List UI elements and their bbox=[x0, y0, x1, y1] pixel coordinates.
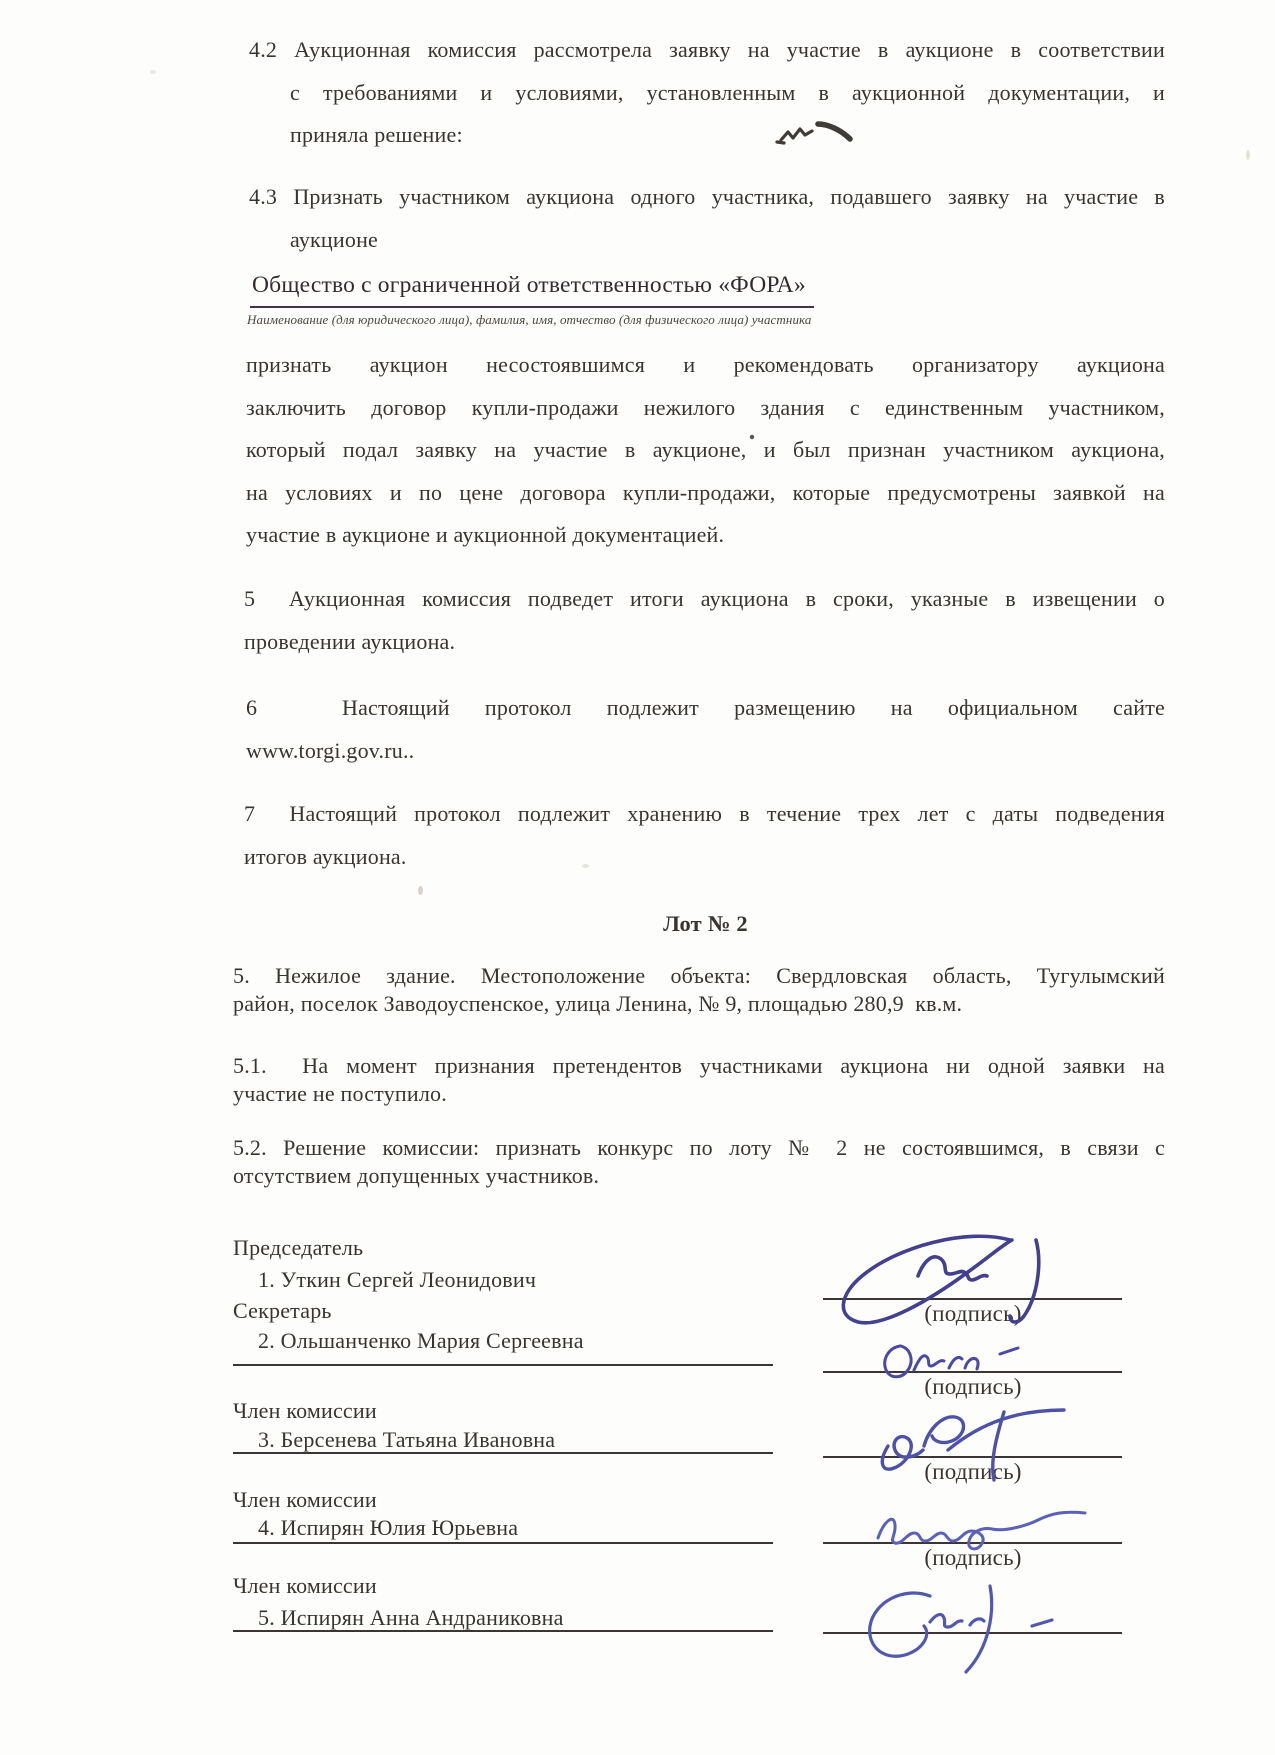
lot2-clause-51-line: 5.1. На момент признания претендентов уч… bbox=[233, 1052, 1165, 1080]
clause-43-paragraph: 4.3 Признать участником аукциона одного … bbox=[249, 176, 1165, 261]
scan-speck bbox=[582, 864, 589, 868]
reject-line: участие в аукционе и аукционной документ… bbox=[246, 514, 1165, 557]
signature-line-right bbox=[823, 1542, 1122, 1544]
signer-role: Член комиссии bbox=[233, 1573, 377, 1599]
participant-name-caption: Наименование (для юридического лица), фа… bbox=[247, 312, 812, 328]
clause-42-line: приняла решение: bbox=[290, 114, 1165, 157]
signature-line-left bbox=[233, 1364, 773, 1366]
signature-line-right bbox=[823, 1456, 1122, 1458]
signature-ispiryan-anna bbox=[870, 1586, 1052, 1672]
clause-42-paragraph: 4.2 Аукционная комиссия рассмотрела заяв… bbox=[249, 29, 1165, 157]
signer-name: 2. Ольшанченко Мария Сергеевна bbox=[258, 1328, 584, 1354]
podpis-caption: (подпись) bbox=[873, 1374, 1073, 1400]
reject-line: на условиях и по цене договора купли-про… bbox=[246, 472, 1165, 515]
clause-6-paragraph: 6 Настоящий протокол подлежит размещению… bbox=[246, 687, 1165, 772]
signer-role: Член комиссии bbox=[233, 1398, 377, 1424]
scan-speck bbox=[418, 886, 423, 895]
lot2-heading: Лот № 2 bbox=[246, 910, 1165, 938]
signature-line-right bbox=[823, 1632, 1122, 1634]
signer-role: Член комиссии bbox=[233, 1487, 377, 1513]
lot2-clause-52-paragraph: 5.2. Решение комиссии: признать конкурс … bbox=[233, 1134, 1165, 1190]
clause-6-line: Настоящий протокол подлежит размещению н… bbox=[342, 687, 1165, 730]
clause-42-line: 4.2 Аукционная комиссия рассмотрела заяв… bbox=[249, 29, 1165, 72]
lot2-clause-51-line: участие не поступило. bbox=[233, 1080, 1165, 1108]
signer-name: 5. Испирян Анна Андраниковна bbox=[258, 1605, 564, 1631]
reject-line: заключить договор купли-продажи нежилого… bbox=[246, 387, 1165, 430]
clause-5-paragraph: 5 Аукционная комиссия подведет итоги аук… bbox=[244, 578, 1165, 663]
lot2-clause-52-line: 5.2. Решение комиссии: признать конкурс … bbox=[233, 1134, 1165, 1162]
signature-line-left bbox=[233, 1542, 773, 1544]
signature-line-left bbox=[233, 1630, 773, 1632]
reject-line: признать аукцион несостоявшимся и рекоме… bbox=[246, 344, 1165, 387]
signature-line-left bbox=[233, 1452, 773, 1454]
reject-paragraph: признать аукцион несостоявшимся и рекоме… bbox=[246, 344, 1165, 557]
lot2-clause-5-paragraph: 5. Нежилое здание. Местоположение объект… bbox=[233, 962, 1165, 1018]
podpis-caption: (подпись) bbox=[873, 1459, 1073, 1485]
document-page: 4.2 Аукционная комиссия рассмотрела заяв… bbox=[0, 0, 1275, 1755]
podpis-caption: (подпись) bbox=[873, 1301, 1073, 1327]
signer-name: 1. Уткин Сергей Леонидович bbox=[258, 1267, 536, 1293]
signer-name: 4. Испирян Юлия Юрьевна bbox=[258, 1515, 518, 1541]
podpis-caption: (подпись) bbox=[873, 1545, 1073, 1571]
clause-7-line: 7 Настоящий протокол подлежит хранению в… bbox=[244, 793, 1165, 836]
scan-speck bbox=[1246, 150, 1250, 160]
reject-line: который подал заявку на участие в аукцио… bbox=[246, 429, 1165, 472]
clause-7-paragraph: 7 Настоящий протокол подлежит хранению в… bbox=[244, 793, 1165, 878]
lot2-clause-52-line: отсутствием допущенных участников. bbox=[233, 1162, 1165, 1190]
clause-5-line: проведении аукциона. bbox=[244, 621, 1165, 664]
clause-7-line: итогов аукциона. bbox=[244, 836, 1165, 879]
clause-42-line: с требованиями и условиями, установленны… bbox=[290, 72, 1165, 115]
signer-name: 3. Берсенева Татьяна Ивановна bbox=[258, 1427, 555, 1453]
clause-43-line: 4.3 Признать участником аукциона одного … bbox=[249, 176, 1165, 219]
lot2-clause-51-paragraph: 5.1. На момент признания претендентов уч… bbox=[233, 1052, 1165, 1108]
clause-5-line: 5 Аукционная комиссия подведет итоги аук… bbox=[244, 578, 1165, 621]
clause-6-line: www.torgi.gov.ru.. bbox=[246, 730, 1165, 773]
scan-speck bbox=[150, 70, 156, 74]
participant-name: Общество с ограниченной ответственностью… bbox=[250, 270, 814, 308]
signer-role: Секретарь bbox=[233, 1298, 332, 1324]
signature-line-right bbox=[823, 1371, 1122, 1373]
signer-role: Председатель bbox=[233, 1235, 363, 1261]
lot2-clause-5-line: 5. Нежилое здание. Местоположение объект… bbox=[233, 962, 1165, 990]
clause-43-line: аукционе bbox=[290, 219, 1165, 262]
lot2-clause-5-line: район, поселок Заводоуспенское, улица Ле… bbox=[233, 990, 1165, 1018]
signature-line-right bbox=[823, 1298, 1122, 1300]
clause-6-number: 6 bbox=[246, 687, 257, 730]
